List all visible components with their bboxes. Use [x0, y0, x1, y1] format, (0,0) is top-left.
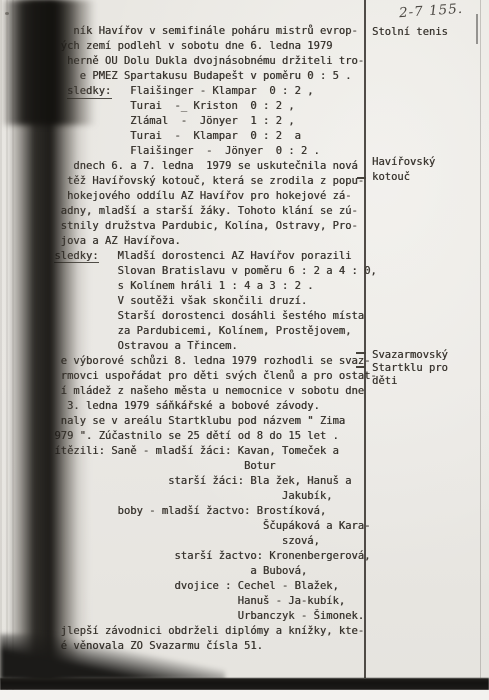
text-line: adny, mladší a starší žáky. Tohoto klání…	[48, 204, 377, 219]
margin-line-tick	[356, 366, 365, 368]
scan-bottom-black-bar	[0, 678, 489, 690]
margin-line-tick	[356, 352, 366, 354]
text-line: starší žactvo: Kronenbergerová,	[48, 549, 377, 564]
text-line: e výborové schůzi 8. ledna 1979 rozhodli…	[48, 354, 377, 369]
text-line: Starší dorostenci dosáhli šestého místa	[48, 309, 377, 324]
margin-note-havirovsky-kotouc: Havířovský kotouč	[372, 155, 435, 184]
text-line: ítězili: Saně - mladší žáci: Kavan, Tome…	[48, 444, 377, 459]
text-line: 979 ". Zúčastnilo se 25 dětí od 8 do 15 …	[48, 429, 377, 444]
text-line: naly se v areálu Startklubu pod názvem "…	[48, 414, 377, 429]
text-line: Hanuš - Ja-kubík,	[48, 594, 377, 609]
scanned-document-page: ník Havířov v semifinále poháru mistrů e…	[0, 0, 489, 700]
text-line: za Pardubicemi, Kolínem, Prostějovem,	[48, 324, 377, 339]
text-line: dnech 6. a 7. ledna 1979 se uskutečnila …	[48, 159, 377, 174]
margin-divider-line	[364, 0, 366, 678]
text-line: 3. ledna 1979 sáňkářské a bobové závody.	[48, 399, 377, 414]
text-line: boby - mladší žactvo: Brostíková,	[48, 504, 377, 519]
scan-right-edge-tick	[476, 14, 478, 44]
text-line: í mládež z našeho města u nemocnice v so…	[48, 384, 377, 399]
text-line: Slovan Bratislavu v poměru 6 : 2 a 4 : 0…	[48, 264, 377, 279]
margin-note-stolni-tenis: Stolní tenis	[372, 26, 448, 38]
text-line: starší žáci: Bla žek, Hanuš a	[48, 474, 377, 489]
text-line: hokejového oddílu AZ Havířov pro hokejov…	[48, 189, 377, 204]
text-line: e PMEZ Spartakusu Budapešt v poměru 0 : …	[48, 69, 377, 84]
text-line: těž Havířovský kotouč, která se zrodila …	[48, 174, 377, 189]
text-line: Jakubík,	[48, 489, 377, 504]
text-line: herně OU Dolu Dukla dvojnásobnému držite…	[48, 54, 377, 69]
text-line: Urbanczyk - Šimonek.	[48, 609, 377, 624]
text-line: Ostravou a Třincem.	[48, 339, 377, 354]
text-line: rmovci uspořádat pro děti svých členů a …	[48, 369, 377, 384]
text-line: Flaišinger - Jönyer 0 : 2 .	[48, 144, 377, 159]
scan-right-edge-line	[480, 0, 481, 678]
text-line: s Kolínem hráli 1 : 4 a 3 : 2 .	[48, 279, 377, 294]
margin-line-tick	[357, 177, 366, 179]
text-line: Zlámal - Jönyer 1 : 2 ,	[48, 114, 377, 129]
text-line: a Bubová,	[48, 564, 377, 579]
scan-below-bar-strip	[0, 690, 489, 700]
text-line: stnily družstva Pardubic, Kolína, Ostrav…	[48, 219, 377, 234]
text-line: dvojice : Cechel - Blažek,	[48, 579, 377, 594]
document-body-text: ník Havířov v semifinále poháru mistrů e…	[48, 24, 377, 654]
handwritten-page-number: 2-7 155.	[399, 1, 464, 21]
text-line: Turai -_ Kriston 0 : 2 ,	[48, 99, 377, 114]
text-line: ník Havířov v semifinále poháru mistrů e…	[48, 24, 377, 39]
text-line: sledky: Flaišinger - Klampar 0 : 2 ,	[48, 84, 377, 99]
text-line: Ščupáková a Kara-	[48, 519, 377, 534]
margin-note-svazarmovsky-startklub: Svazarmovský Startklu pro děti	[372, 349, 448, 388]
text-line: Turai - Klampar 0 : 2 a	[48, 129, 377, 144]
text-line: V soutěži však skončili druzí.	[48, 294, 377, 309]
scan-speck	[5, 12, 9, 15]
text-line: jova a AZ Havířova.	[48, 234, 377, 249]
text-line: szová,	[48, 534, 377, 549]
scan-shadow-band-flare	[0, 634, 225, 680]
text-line: ých zemí podlehl v sobotu dne 6. ledna 1…	[48, 39, 377, 54]
text-line: Botur	[48, 459, 377, 474]
scan-shadow-band-top	[4, 0, 96, 125]
